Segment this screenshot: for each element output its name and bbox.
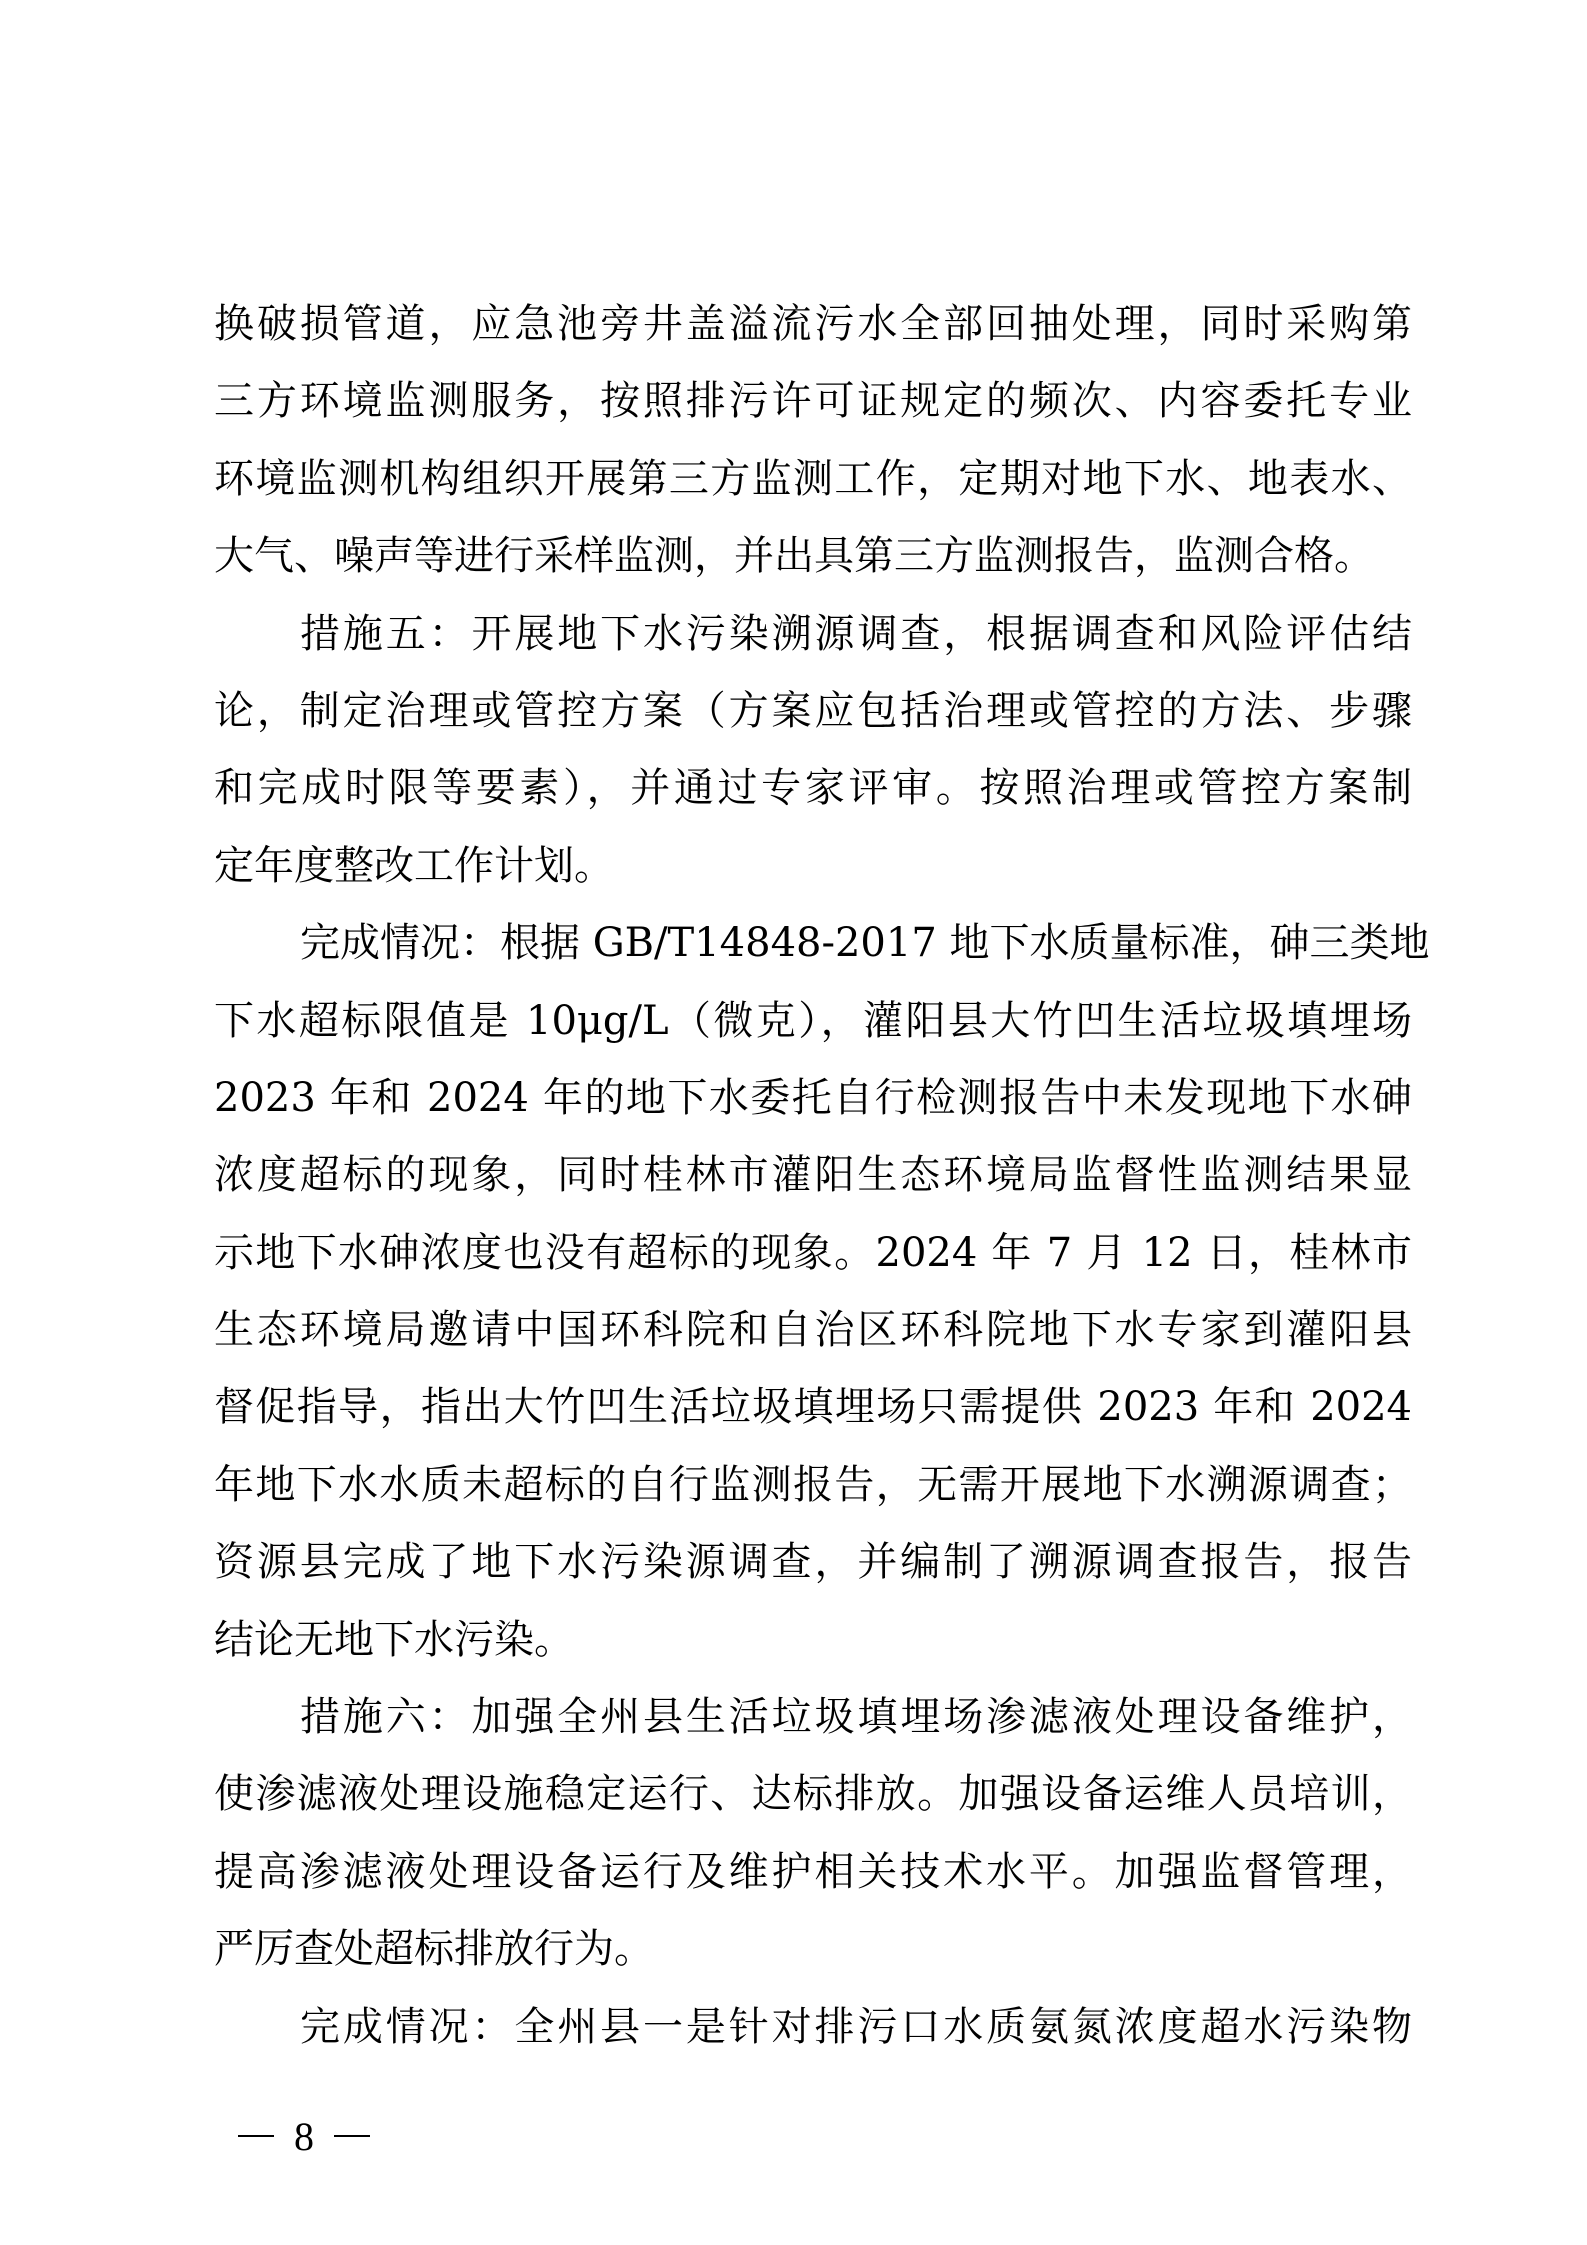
page-number: 8 (294, 2113, 314, 2160)
text-line: 论，制定治理或管控方案（方案应包括治理或管控的方法、步骤 (214, 673, 1412, 750)
text-line: 资源县完成了地下水污染源调查，并编制了溯源调查报告，报告 (214, 1524, 1412, 1601)
text-line: 严厉查处超标排放行为。 (214, 1911, 1412, 1988)
document-page: 换破损管道，应急池旁井盖溢流污水全部回抽处理，同时采购第 三方环境监测服务，按照… (0, 0, 1587, 2245)
text-line: 生态环境局邀请中国环科院和自治区环科院地下水专家到灌阳县 (214, 1292, 1412, 1369)
document-body: 换破损管道，应急池旁井盖溢流污水全部回抽处理，同时采购第 三方环境监测服务，按照… (214, 286, 1412, 2066)
text-line: 下水超标限值是 10μg/L（微克），灌阳县大竹凹生活垃圾填埋场 (214, 983, 1412, 1060)
text-line: 使渗滤液处理设施稳定运行、达标排放。加强设备运维人员培训， (214, 1756, 1412, 1833)
footer-dash-right (334, 2135, 370, 2137)
text-line: 督促指导，指出大竹凹生活垃圾填埋场只需提供 2023 年和 2024 (214, 1369, 1412, 1446)
text-line: 提高渗滤液处理设备运行及维护相关技术水平。加强监督管理， (214, 1834, 1412, 1911)
completion-status-line: 完成情况：根据 GB/T14848-2017 地下水质量标准，砷三类地 (214, 905, 1412, 982)
page-footer: 8 (238, 2113, 370, 2159)
text-line: 定年度整改工作计划。 (214, 828, 1412, 905)
text-line: 年地下水水质未超标的自行监测报告，无需开展地下水溯源调查； (214, 1447, 1412, 1524)
text-line: 三方环境监测服务，按照排污许可证规定的频次、内容委托专业 (214, 363, 1412, 440)
text-line: 换破损管道，应急池旁井盖溢流污水全部回抽处理，同时采购第 (214, 286, 1412, 363)
text-line: 大气、噪声等进行采样监测，并出具第三方监测报告，监测合格。 (214, 518, 1412, 595)
text-line: 和完成时限等要素），并通过专家评审。按照治理或管控方案制 (214, 750, 1412, 827)
text-line: 环境监测机构组织开展第三方监测工作，定期对地下水、地表水、 (214, 441, 1412, 518)
footer-dash-left (238, 2135, 274, 2137)
text-line: 结论无地下水污染。 (214, 1602, 1412, 1679)
measure-six-heading-line: 措施六：加强全州县生活垃圾填埋场渗滤液处理设备维护， (214, 1679, 1412, 1756)
measure-five-heading-line: 措施五：开展地下水污染溯源调查，根据调查和风险评估结 (214, 596, 1412, 673)
text-line: 2023 年和 2024 年的地下水委托自行检测报告中未发现地下水砷 (214, 1060, 1412, 1137)
text-line: 示地下水砷浓度也没有超标的现象。2024 年 7 月 12 日，桂林市 (214, 1215, 1412, 1292)
completion-status-line: 完成情况：全州县一是针对排污口水质氨氮浓度超水污染物 (214, 1989, 1412, 2066)
text-line: 浓度超标的现象，同时桂林市灌阳生态环境局监督性监测结果显 (214, 1137, 1412, 1214)
